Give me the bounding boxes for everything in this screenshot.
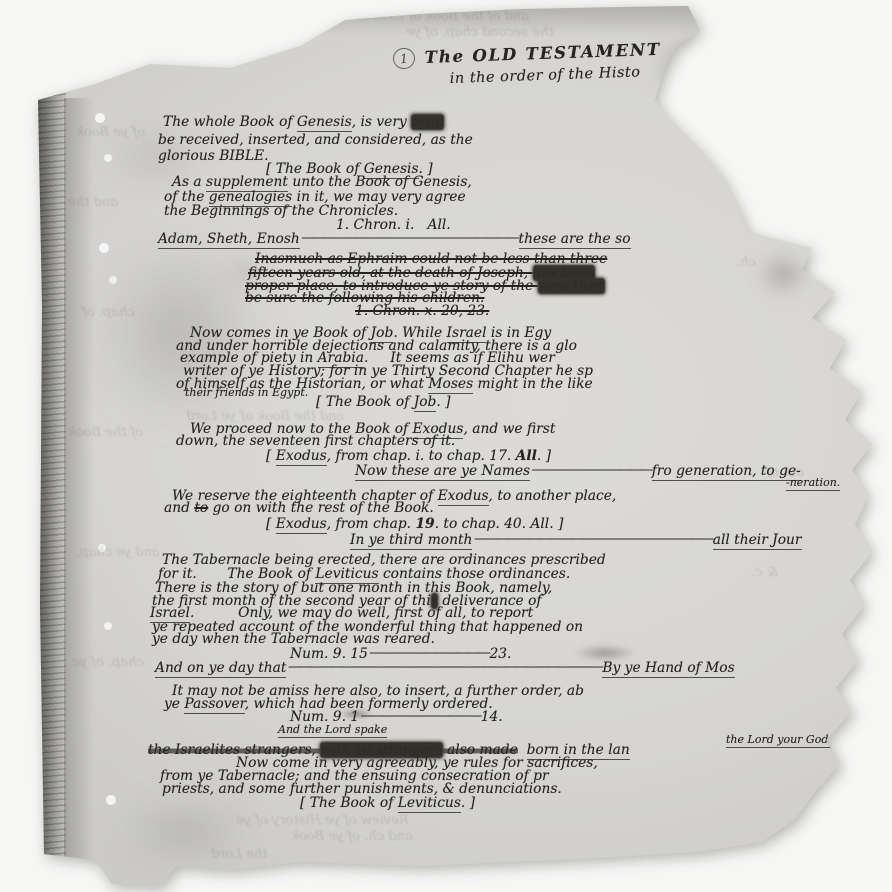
manuscript-text-segment: , from chap. i. to chap. 17. <box>327 448 516 464</box>
stain <box>726 126 766 206</box>
manuscript-text-segment: Exodus <box>438 488 489 506</box>
manuscript-text-segment: And on ye day that <box>155 660 286 678</box>
manuscript-text-segment: In ye third month <box>350 532 472 550</box>
manuscript-line: And on ye day that —————————————————————… <box>155 662 735 676</box>
manuscript-text-segment: , and we first <box>463 421 555 437</box>
manuscript-text-segment: these are the so <box>519 231 631 249</box>
manuscript-text-segment: down, the seventeen first chapters of it… <box>176 433 455 449</box>
manuscript-text-segment: [ The Book of <box>300 795 398 811</box>
manuscript-text-segment: fro generation, to ge- <box>652 463 801 481</box>
manuscript-text-segment: [ <box>266 516 276 532</box>
manuscript-line: the Lord your God. <box>726 734 832 745</box>
manuscript-text-segment: , is very <box>352 114 411 130</box>
manuscript-text-segment: Exodus <box>276 516 327 534</box>
manuscript-line: -neration. <box>786 477 840 488</box>
manuscript-text-segment: ——————————— <box>530 462 652 478</box>
manuscript-text-segment: 1. Chron. x. 20, 23. <box>355 303 489 319</box>
manuscript-text-segment: ————————————————————————————— <box>286 659 602 675</box>
manuscript-text-segment: the Lord your God. <box>726 733 832 748</box>
manuscript-text-segment: . to chap. 40. All. ] <box>435 516 564 532</box>
manuscript-text-segment: be received, inserted, and considered, a… <box>158 132 473 148</box>
manuscript-text-segment: might in the like <box>473 376 593 392</box>
manuscript-line: [ The Book of Leviticus. ] <box>300 797 475 811</box>
manuscript-page: and of the Book of Exodusthe second chap… <box>36 6 876 888</box>
manuscript-text-segment: Exodus <box>276 448 327 466</box>
manuscript-line: glorious BIBLE. <box>158 150 269 164</box>
manuscript-line: The OLD TESTAMENT <box>424 42 661 67</box>
manuscript-line: The whole Book of Genesis, is very prop <box>163 116 444 130</box>
stain <box>684 76 744 122</box>
manuscript-line: Adam, Sheth, Enosh ———————————————————— … <box>158 233 631 247</box>
manuscript-line: in the order of the Histo <box>449 65 640 86</box>
manuscript-line: And the Lord spake <box>278 724 387 735</box>
manuscript-line: [ Exodus, from chap. 19. to chap. 40. Al… <box>266 518 563 532</box>
manuscript-text-segment: The whole Book of <box>163 114 297 130</box>
manuscript-text-segment: —————————————————————— <box>472 531 712 547</box>
manuscript-text-segment: , to another place, <box>489 488 617 504</box>
ink-blot: prop <box>411 114 444 130</box>
manuscript-text-segment: to <box>194 500 208 516</box>
manuscript-text-segment: ———————————————————— <box>300 230 519 246</box>
manuscript-text-segment: go on with the rest of the Book. <box>208 500 434 516</box>
manuscript-text-segment: and <box>164 500 194 516</box>
ink-blot: sons then <box>538 278 605 294</box>
manuscript-text-segment: . ] <box>461 795 475 811</box>
manuscript-text-segment: Now these are ye Names <box>355 463 530 481</box>
manuscript-line: 1. Chron. x. 20, 23. <box>355 305 489 319</box>
manuscript-text-segment: By ye Hand of Mos <box>602 660 734 678</box>
manuscript-line: [ Exodus, from chap. i. to chap. 17. All… <box>266 450 551 464</box>
manuscript-text-segment: [ The Book of <box>316 394 414 410</box>
manuscript-line: their friends in Egypt. <box>185 387 308 398</box>
manuscript-text-segment: their friends in Egypt. <box>185 386 308 399</box>
manuscript-text-segment: Adam, Sheth, Enosh <box>158 231 300 249</box>
manuscript-line: be received, inserted, and considered, a… <box>158 134 473 148</box>
manuscript-line: Now these are ye Names ——————————— fro g… <box>355 465 801 479</box>
manuscript-line: In ye third month ——————————————————————… <box>350 534 802 548</box>
manuscript-text-segment: in the order of the Histo <box>449 64 640 87</box>
manuscript-text-segment: , from chap. <box>327 516 416 532</box>
manuscript-text-segment: ye <box>164 696 184 712</box>
manuscript-text-segment: Job <box>414 394 437 412</box>
manuscript-text-segment: all their Jour <box>713 532 802 550</box>
scanned-document: and of the Book of Exodusthe second chap… <box>0 0 892 892</box>
manuscript-line: down, the seventeen first chapters of it… <box>176 435 455 449</box>
manuscript-text-segment: 14. <box>481 709 503 725</box>
manuscript-text-segment: Leviticus <box>398 795 461 813</box>
manuscript-text-segment: As a <box>172 174 206 190</box>
manuscript-text: The OLD TESTAMENTin the order of the His… <box>36 6 876 888</box>
manuscript-text-segment: unto the Book of Genesis, <box>288 174 472 190</box>
manuscript-text-segment: Genesis <box>297 114 352 132</box>
manuscript-text-segment: The OLD TESTAMENT <box>424 40 661 67</box>
paper-chips <box>36 6 40 10</box>
manuscript-text-segment: Moses <box>428 376 473 394</box>
manuscript-line: [ The Book of Job. ] <box>316 396 451 410</box>
manuscript-text-segment: Passover <box>184 696 244 714</box>
manuscript-text-segment: . ] <box>436 394 450 410</box>
manuscript-text-segment: [ <box>266 448 276 464</box>
manuscript-text-segment: 19 <box>415 516 434 532</box>
manuscript-text-segment: -neration. <box>786 476 840 491</box>
manuscript-text-segment: ——————————— <box>359 708 481 724</box>
manuscript-text-segment: glorious BIBLE. <box>158 148 269 164</box>
manuscript-page-wrap: and of the Book of Exodusthe second chap… <box>36 6 876 888</box>
manuscript-line: and to go on with the rest of the Book. <box>164 502 434 516</box>
manuscript-text-segment: And the Lord spake <box>278 723 387 738</box>
manuscript-line: As a supplement unto the Book of Genesis… <box>172 176 472 190</box>
